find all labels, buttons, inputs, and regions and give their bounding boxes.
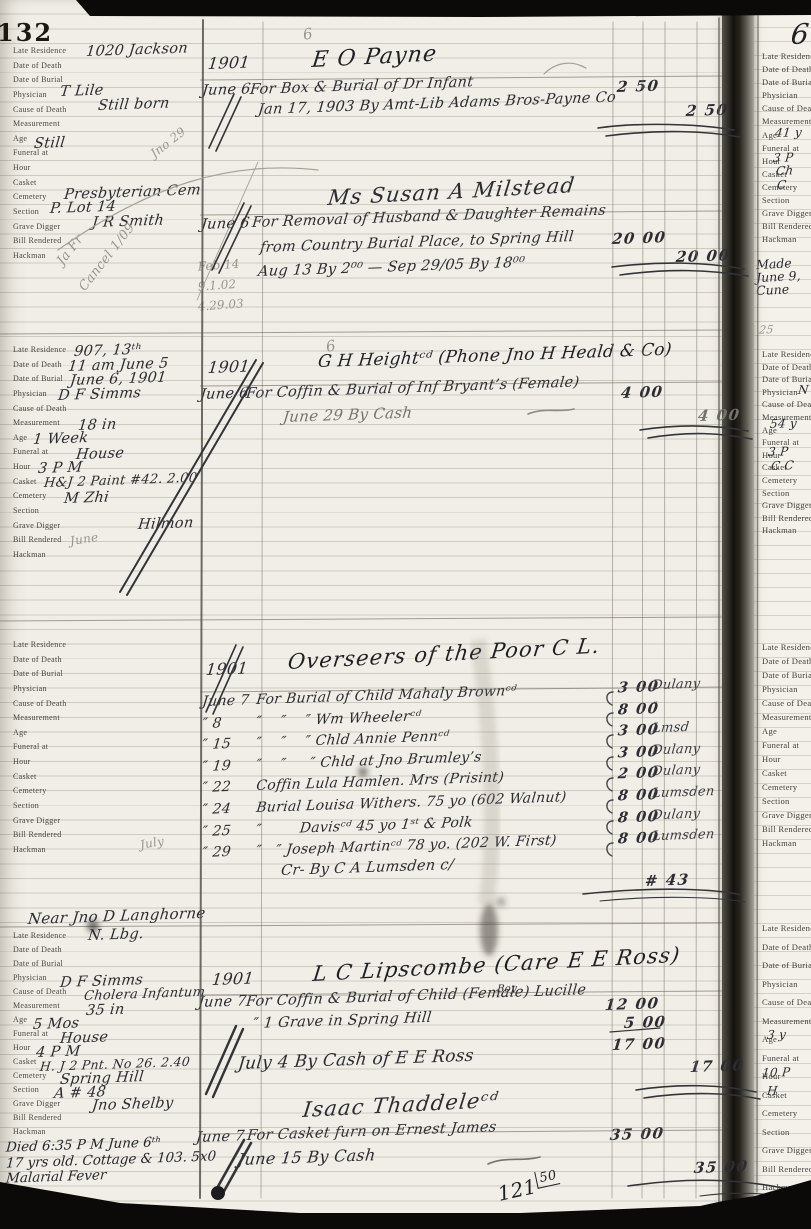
ledger-scan: { "page_number": "132", "labels": ["Late… [0,0,811,1229]
field-label: Date of Burial [762,77,811,90]
payne-line1-amount: 2 50 [616,76,660,96]
field-label: Date of Burial [13,75,67,90]
ledger-left-page: 132 Late ResidenceDate of DeathDate of B… [0,0,722,1229]
lipscombe-title: L C Lipscombe (Care E E Ross) [312,943,683,986]
field-label: Section [13,506,67,521]
b4-cause-of-death: Cholera Infantum [83,985,206,1004]
field-label: Late Residence [762,51,811,64]
field-label: Measurement [762,712,811,726]
b3-bill-pencil: July [139,834,165,852]
lipscombe-line3-desc: July 4 By Cash of E E Ross [237,1046,475,1074]
b2-bill-pencil: June [69,530,99,548]
field-label: Section [762,796,811,810]
right-a-age: 41 y [774,125,803,140]
field-label: Physician [762,90,811,103]
b1-age: Still [33,135,66,152]
field-label: Bill Rendered [762,221,811,234]
b1-pencil-date: Jno 29 [148,124,189,160]
right-b-physician: N [797,383,809,397]
field-label: Date of Burial [762,960,811,979]
field-label: Cause of Death [13,105,67,120]
field-label: Casket [762,768,811,782]
overseers-title: Overseers of the Poor C L. [287,634,602,675]
payne-line1-desc: For Box & Burial of Dr Infant [249,74,474,98]
field-label: Funeral at [13,742,67,757]
page-number: 132 [0,18,53,47]
milstead-line3-desc: Aug 13 By 2⁰⁰ — Sep 29/05 By 18⁰⁰ [257,255,526,280]
right-field-labels-block-c: Late ResidenceDate of DeathDate of Buria… [762,642,811,852]
right-d-note: 2 yrs [756,1193,792,1209]
row-payee: Lumsden [651,784,715,801]
field-labels-block-4: Late ResidenceDate of DeathDate of Buria… [13,931,67,1141]
field-label: Cause of Death [13,404,67,419]
row-payee: Dulany [651,676,701,693]
field-label: Measurement [13,1001,67,1015]
row-payee: Lumsden [651,827,715,844]
lipscombe-line1-desc: For Coffin & Burial of Child (Female) Lu… [245,982,587,1010]
field-label: Hackman [762,234,811,247]
row-date: ″ 29 [201,844,231,861]
field-label: Casket [13,772,67,787]
thaddele-line1-amount: 35 00 [609,1124,665,1144]
milstead-pencil-dates: Feb 149.1.024.29.03 [198,258,244,318]
lipscombe-line1-date: June 7 [197,993,247,1011]
field-label: Age [762,726,811,740]
field-label: Date of Burial [762,670,811,684]
b1-cause-of-death: Still born [97,95,170,114]
field-label: Late Residence [13,931,67,945]
field-label: Section [762,1127,811,1146]
right-b-casket: C C [770,458,795,473]
row-date: ″ 15 [201,736,231,753]
overseers-year: 1901 [205,658,249,679]
payne-year: 1901 [207,52,251,73]
field-label: Date of Death [762,656,811,670]
height-year: 1901 [207,356,251,377]
height-title: G H Heightᶜᵈ (Phone Jno H Heald & Co) [317,340,673,372]
lipscombe-subtotal: 17 00 [611,1034,667,1054]
field-label: Bill Rendered [13,236,67,251]
field-label: Date of Burial [13,959,67,973]
row-date: ″ 25 [201,822,231,839]
field-label: Cemetery [762,475,811,488]
right-a-casket: Ch [775,163,794,178]
field-label: Grave Digger [762,1145,811,1164]
row-date: June 7 [201,692,250,710]
field-label: Late Residence [13,345,67,360]
row-payee: Dulany [651,806,701,823]
height-line2-amount: 4 00 [697,405,741,425]
row-date: ″ 22 [201,779,231,796]
field-label: Date of Burial [13,374,67,389]
right-d-hour: 10 P [761,1065,791,1080]
b4-notes: Died 6:35 P M June 6ᵗʰ17 yrs old. Cottag… [6,1136,216,1183]
field-label: Physician [762,684,811,698]
b2-grave-digger: Hilmon [137,515,194,533]
field-label: Bill Rendered [13,1113,67,1127]
milstead-line3-amount: 20 00 [675,246,731,266]
field-label: Grave Digger [762,208,811,221]
thaddele-line2-desc: June 15 By Cash [237,1145,377,1169]
thaddele-line2-amount: 35 00 [693,1157,749,1177]
b1-pencil-diagonal-2: Cancel 1/09 [76,220,138,294]
payne-line1-date: June 6 [201,81,251,99]
overseers-total: # 43 [644,870,691,890]
field-label: Hour [762,754,811,768]
field-label: Grave Digger [13,816,67,831]
field-label: Section [13,801,67,816]
field-label: Grave Digger [762,500,811,513]
field-label: Cemetery [762,782,811,796]
lipscombe-line2-amount: 5 00 [623,1012,667,1032]
height-line2-desc: June 29 By Cash [282,403,413,426]
field-label: Cemetery [13,491,67,506]
right-page-header-mark: 6 [789,17,811,51]
thaddele-line1-desc: For Casket furn on Ernest James [246,1119,497,1144]
field-label: Cemetery [13,786,67,801]
field-label: Date of Death [13,655,67,670]
lipscombe-line1-superscript: Boy [496,983,517,995]
field-label: Date of Death [13,61,67,76]
right-b-age: 54 y [769,416,798,431]
field-label: Physician [13,684,67,699]
field-label: Late Residence [762,642,811,656]
lipscombe-year: 1901 [211,968,255,989]
field-label: Bill Rendered [762,1164,811,1183]
field-label: Late Residence [762,923,811,942]
ledger-right-page: 6 Late ResidenceDate of DeathDate of Bur… [754,0,811,1229]
field-label: Late Residence [762,349,811,362]
field-label: Late Residence [13,640,67,655]
lipscombe-line2-desc: ″ 1 Grave in Spring Hill [252,1010,432,1032]
field-labels-block-2: Late ResidenceDate of DeathDate of Buria… [13,345,67,565]
row-description: For Burial of Child Mahaly Brownᶜᵈ [255,683,517,708]
field-label: Hour [13,757,67,772]
row-payee: Lmsd [651,720,690,736]
field-label: Cemetery [762,1108,811,1127]
b2-physician: D F Simms [57,385,142,404]
payne-title: E O Payne [310,41,438,73]
lipscombe-line1-amount: 12 00 [604,994,660,1014]
milstead-line1-desc: For Removal of Husband & Daughter Remain… [251,203,607,231]
field-label: Cause of Death [762,997,811,1016]
field-labels-block-3: Late ResidenceDate of DeathDate of Buria… [13,640,67,860]
height-line1-amount: 4 00 [620,382,664,402]
field-label: Section [762,488,811,501]
page-total-cents: 50 [534,1167,560,1188]
field-label: Hackman [13,845,67,860]
pencil-date-line: 4.29.03 [197,296,244,319]
row-date: ″ 19 [201,758,231,775]
field-label: Measurement [13,713,67,728]
right-field-labels-block-d: Late ResidenceDate of DeathDate of Buria… [762,923,811,1201]
field-label: Cause of Death [762,399,811,412]
milstead-line2-desc: from Country Burial Place, to Spring Hil… [259,229,574,256]
b1-physician: T Lile [59,82,104,100]
right-b-hour: 3 P [767,444,789,459]
right-d-age: 3 y [766,1027,787,1042]
stray-mark-6-top: 6 [301,24,314,43]
row-date: ″ 8 [201,715,222,732]
right-d-casket: H [766,1084,778,1098]
height-line1-desc: For Coffin & Burial of Inf Bryant’s (Fem… [245,374,580,402]
thaddele-line1-date: June 7 [195,1128,245,1146]
thaddele-title: Isaac Thaddeleᶜᵈ [302,1088,501,1122]
payne-line2-amount: 2 50 [685,100,729,120]
field-label: Bill Rendered [762,513,811,526]
overseers-rows: June 7 For Burial of Child Mahaly Brownᶜ… [200,694,722,867]
row-payee: Dulany [651,763,701,780]
page-gutter [722,0,754,1229]
field-label: Funeral at [762,740,811,754]
field-label: Hackman [762,838,811,852]
field-label: Physician [13,973,67,987]
field-label: Bill Rendered [13,830,67,845]
field-label: Date of Burial [13,669,67,684]
right-field-labels-block-a: Late ResidenceDate of DeathDate of Buria… [762,51,811,247]
right-a-notes: MadeJune 9,Cune [756,256,800,295]
field-label: Hackman [13,550,67,565]
field-label: Grave Digger [13,222,67,237]
field-labels-block-1: Late ResidenceDate of DeathDate of Buria… [13,46,67,266]
lipscombe-line3-amount: 17 00 [689,1056,745,1076]
b4-measurement: 35 in [85,1002,125,1019]
height-line1-date: June 6 [199,385,249,403]
field-label: Date of Death [13,360,67,375]
right-note-line: Cune [756,281,801,296]
field-label: Grave Digger [13,521,67,536]
field-label: Cause of Death [762,103,811,116]
milstead-line2-amount: 20 00 [611,228,667,248]
field-label: Cause of Death [762,698,811,712]
b4-late-residence: N. Lbg. [87,926,145,944]
field-label: Late Residence [13,46,67,61]
milstead-line1-date: June 6 [200,215,250,233]
row-date: ″ 24 [201,801,231,818]
right-a-cemetery: C [776,178,787,192]
field-label: Hackman [762,525,811,538]
b4-grave-digger: Jno Shelby [91,1095,174,1114]
field-label: Casket [13,178,67,193]
field-label: Bill Rendered [762,824,811,838]
right-b-pencil-header: 5 25 [754,323,774,337]
field-label: Date of Death [762,942,811,961]
field-label: Date of Death [762,362,811,375]
b2-cemetery: M Zhi [63,489,110,507]
field-label: Measurement [13,119,67,134]
field-label: Age [13,728,67,743]
b1-late-residence: 1020 Jackson [85,40,189,60]
row-payee: Dulany [651,741,701,758]
field-label: Bill Rendered [13,535,67,550]
field-label: Physician [762,979,811,998]
field-label: Section [762,195,811,208]
field-label: Cause of Death [13,699,67,714]
field-label: Date of Death [762,64,811,77]
field-label: Grave Digger [762,810,811,824]
b4-name-above: Near Jno D Langhorne [27,904,207,928]
field-label: Date of Death [13,945,67,959]
b2-age: 1 Week [32,430,89,448]
field-label: Hour [13,163,67,178]
page-total-dollars: 121 [496,1174,539,1206]
